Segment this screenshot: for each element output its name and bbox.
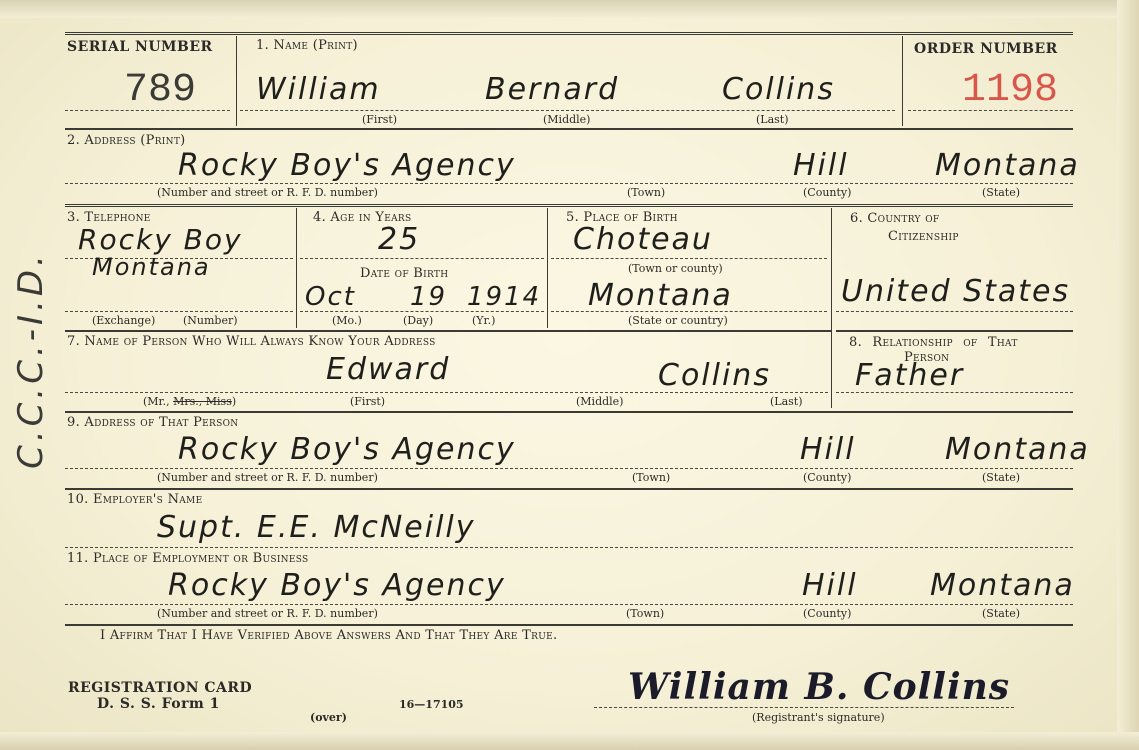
age-value: 25	[378, 222, 420, 257]
employer-label: 10. Employer's Name	[67, 492, 202, 507]
name-last-caption: (Last)	[756, 113, 789, 126]
age-underline	[300, 258, 544, 259]
citizenship-label-line1: 6. Country of	[850, 211, 939, 226]
contact-address-state-value: Montana	[945, 432, 1090, 467]
contact-address-street-value: Rocky Boy's Agency	[178, 432, 516, 467]
contact-address-label: 9. Address of That Person	[67, 415, 238, 430]
telephone-exchange-caption: (Exchange)	[92, 314, 155, 327]
row-rule	[65, 330, 831, 332]
row-rule	[65, 488, 1073, 490]
card-edge-bottom	[0, 732, 1139, 750]
employment-place-county-value: Hill	[802, 568, 858, 603]
contact-first-value: Edward	[326, 352, 450, 387]
dob-month-caption: (Mo.)	[332, 314, 362, 327]
contact-address-street-caption: (Number and street or R. F. D. number)	[157, 471, 378, 484]
name-underline	[240, 110, 895, 111]
employment-place-state-value: Montana	[930, 568, 1075, 603]
employment-place-street-value: Rocky Boy's Agency	[168, 568, 506, 603]
relationship-label-line1: 8. Relationship of That	[849, 335, 1018, 350]
row-rule	[836, 330, 1073, 332]
employer-value: Supt. E.E. McNeilly	[157, 510, 476, 545]
citizenship-underline	[836, 311, 1073, 312]
contact-address-underline	[65, 468, 1073, 469]
name-middle-caption: (Middle)	[543, 113, 590, 126]
address-underline	[65, 183, 1073, 184]
order-number-label: ORDER NUMBER	[914, 41, 1058, 57]
telephone-line1-value: Rocky Boy	[78, 223, 243, 256]
name-label: 1. Name (Print)	[256, 38, 358, 53]
print-code: 16—17105	[399, 698, 464, 711]
dob-day-value: 19	[410, 282, 447, 312]
contact-label: 7. Name of Person Who Will Always Know Y…	[67, 334, 436, 349]
dob-year-caption: (Yr.)	[472, 314, 495, 327]
employment-place-label: 11. Place of Employment or Business	[67, 551, 309, 566]
title-end: )	[232, 395, 236, 408]
dob-day-caption: (Day)	[403, 314, 433, 327]
serial-number-label: SERIAL NUMBER	[67, 39, 213, 55]
row-rule	[65, 204, 1073, 207]
employment-place-state-caption: (State)	[982, 607, 1020, 620]
address-street-caption: (Number and street or R. F. D. number)	[157, 186, 378, 199]
name-last-value: Collins	[722, 72, 835, 107]
birthplace-state-value: Montana	[588, 278, 733, 313]
telephone-line2-value: Montana	[92, 253, 211, 281]
birthplace-state-underline	[551, 311, 827, 312]
order-number-value: 1198	[962, 68, 1058, 113]
birthplace-town-value: Choteau	[573, 222, 713, 257]
divider	[831, 208, 832, 408]
birthplace-town-underline	[551, 258, 827, 259]
row-rule	[65, 411, 1073, 413]
employment-place-county-caption: (County)	[803, 607, 851, 620]
address-label: 2. Address (Print)	[67, 133, 186, 148]
birthplace-state-caption: (State or country)	[628, 314, 728, 327]
address-county-caption: (County)	[803, 186, 851, 199]
form-number: D. S. S. Form 1	[97, 696, 220, 712]
contact-middle-caption: (Middle)	[576, 395, 623, 408]
address-county-value: Hill	[793, 148, 849, 183]
employment-place-underline	[65, 604, 1073, 605]
employment-place-town-caption: (Town)	[626, 607, 664, 620]
contact-title-caption: (Mr., Mrs., Miss)	[143, 395, 236, 408]
registrant-signature: William B. Collins	[628, 666, 1010, 708]
address-town-caption: (Town)	[627, 186, 665, 199]
contact-address-state-caption: (State)	[982, 471, 1020, 484]
contact-address-county-value: Hill	[800, 432, 856, 467]
margin-annotation: C.C.C.-I.D.	[11, 251, 51, 469]
affirmation-text: I Affirm That I Have Verified Above Answ…	[100, 628, 557, 643]
address-street-value: Rocky Boy's Agency	[178, 148, 516, 183]
employer-underline	[65, 547, 1073, 548]
row-rule	[65, 128, 1073, 130]
divider	[236, 36, 237, 126]
dob-label: Date of Birth	[360, 266, 448, 281]
card-edge-right	[1117, 0, 1139, 750]
name-first-caption: (First)	[362, 113, 397, 126]
card-edge-top	[0, 0, 1139, 18]
contact-address-town-caption: (Town)	[632, 471, 670, 484]
dob-underline	[300, 311, 544, 312]
divider	[902, 36, 903, 126]
citizenship-value: United States	[841, 274, 1070, 309]
name-first-value: William	[256, 72, 381, 107]
title-struck: Mrs., Miss	[173, 395, 232, 408]
birthplace-town-caption: (Town or county)	[628, 262, 723, 275]
name-middle-value: Bernard	[485, 72, 619, 107]
relationship-value: Father	[855, 358, 964, 393]
relationship-underline	[836, 392, 1073, 393]
telephone-number-caption: (Number)	[183, 314, 238, 327]
contact-address-county-caption: (County)	[803, 471, 851, 484]
over-note: (over)	[310, 711, 347, 724]
registration-card: C.C.C.-I.D. SERIAL NUMBER 789 1. Name (P…	[0, 0, 1139, 750]
top-rule	[65, 32, 1073, 35]
card-title: REGISTRATION CARD	[68, 680, 252, 696]
telephone-underline-2	[65, 311, 293, 312]
address-state-caption: (State)	[982, 186, 1020, 199]
dob-year-value: 1914	[467, 282, 541, 312]
contact-last-caption: (Last)	[770, 395, 803, 408]
contact-underline	[65, 392, 828, 393]
address-state-value: Montana	[935, 148, 1080, 183]
title-mr: (Mr.,	[143, 395, 173, 408]
citizenship-label-line2: Citizenship	[888, 229, 959, 244]
divider	[296, 208, 297, 328]
serial-number-value: 789	[124, 68, 196, 113]
serial-underline	[65, 110, 230, 111]
signature-caption: (Registrant's signature)	[752, 711, 885, 724]
signature-underline	[594, 707, 1014, 708]
employment-place-street-caption: (Number and street or R. F. D. number)	[157, 607, 378, 620]
divider	[547, 208, 548, 328]
contact-last-value: Collins	[658, 358, 771, 393]
dob-month-value: Oct	[305, 282, 356, 312]
row-rule	[65, 624, 1073, 626]
order-underline	[908, 110, 1073, 111]
contact-first-caption: (First)	[350, 395, 385, 408]
